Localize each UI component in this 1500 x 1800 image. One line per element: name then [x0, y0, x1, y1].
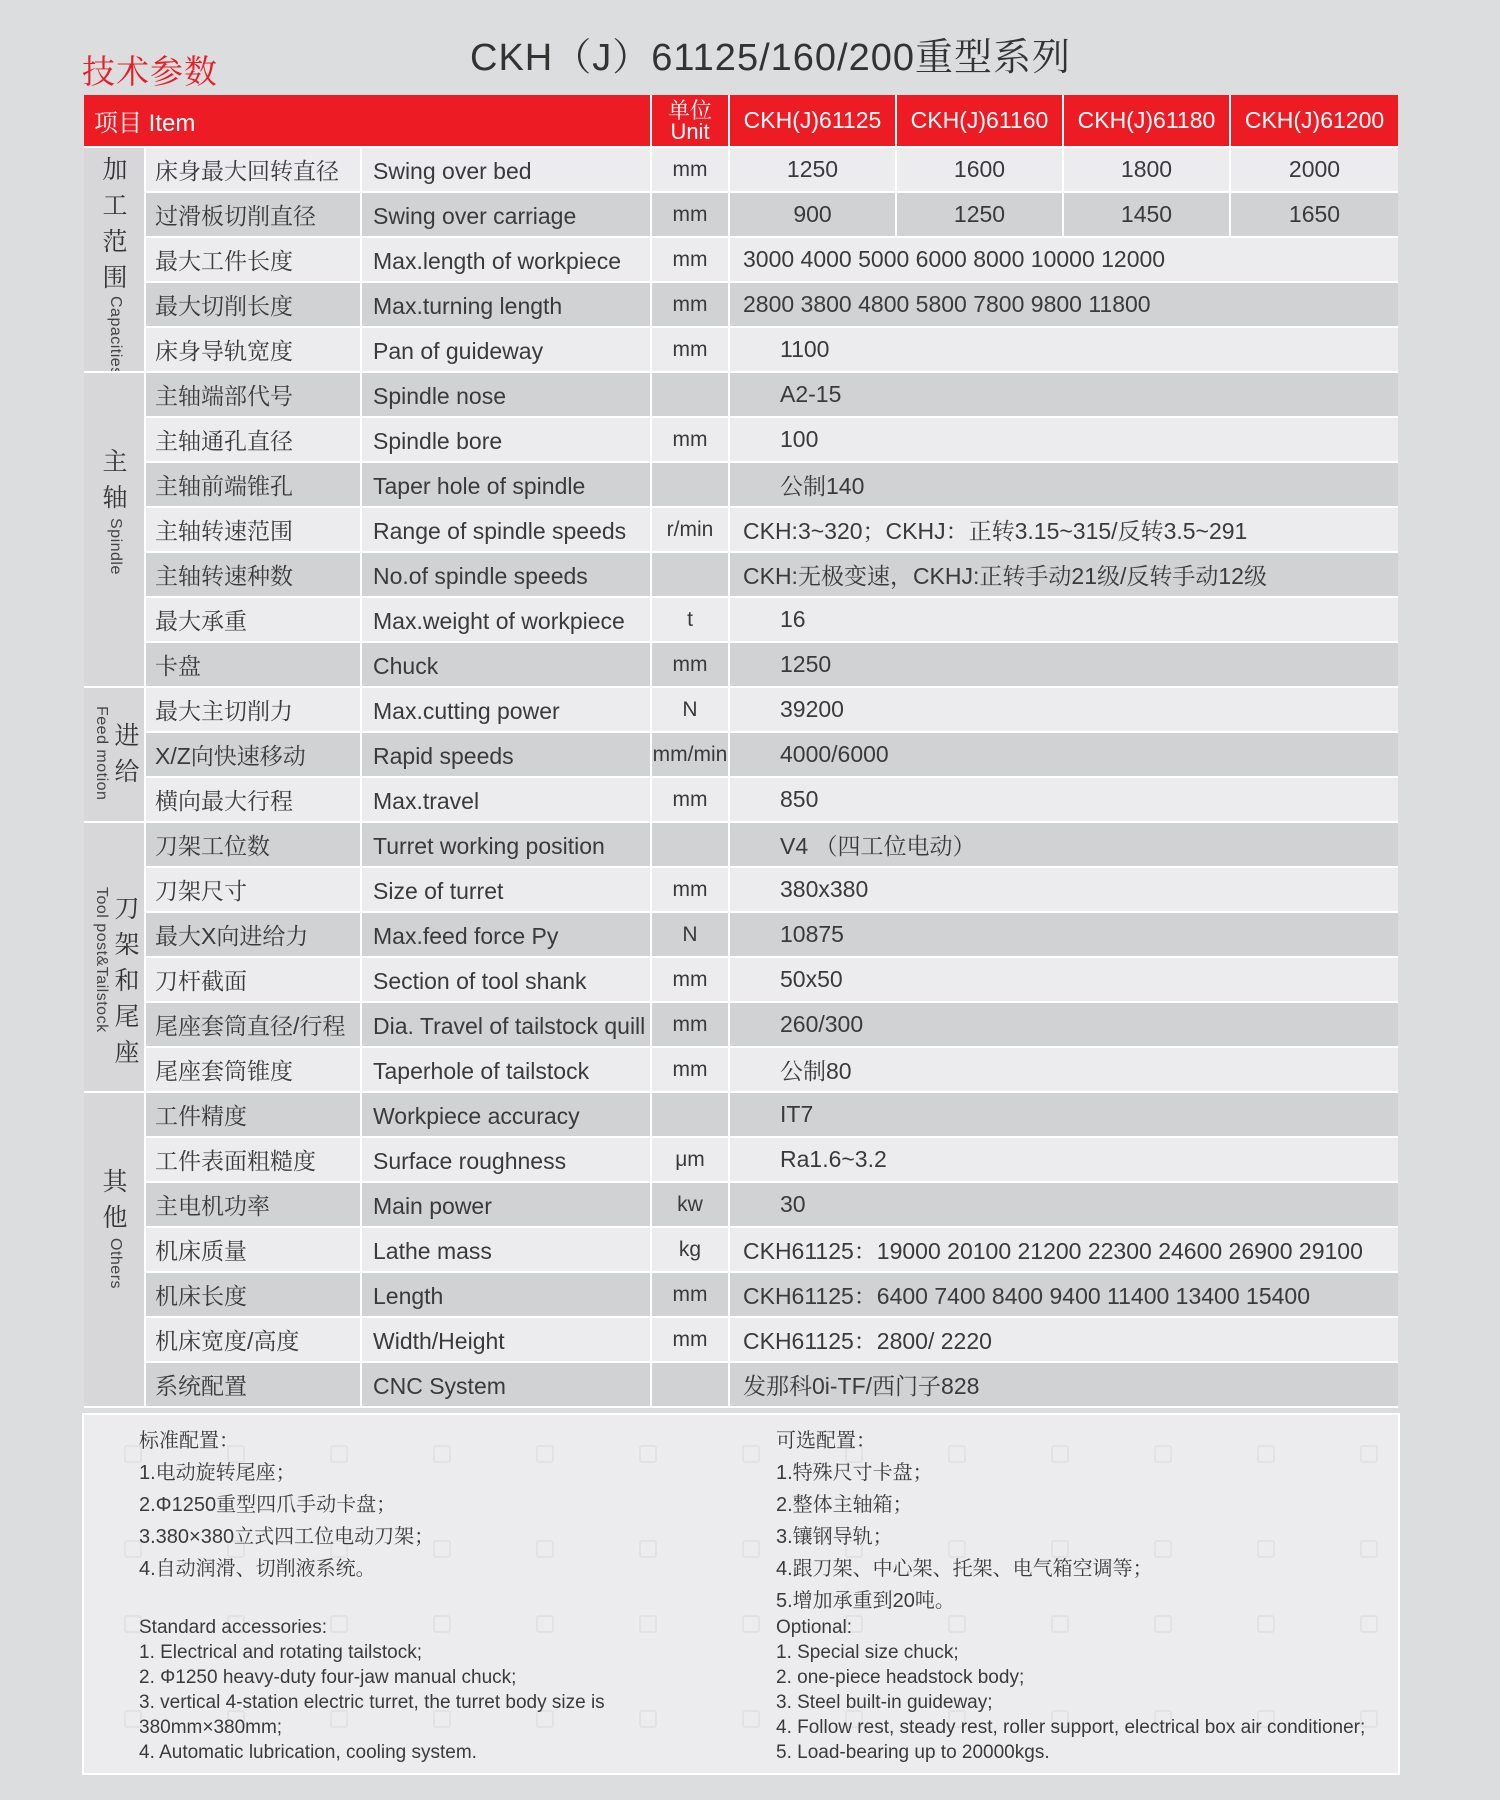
param-value: 1250 [730, 643, 1398, 686]
watermark-icon [639, 1615, 657, 1633]
param-unit: t [652, 598, 730, 641]
group-label: 其他Others [84, 1093, 146, 1406]
param-unit [652, 1093, 730, 1136]
param-name-cn: 尾座套筒锥度 [146, 1048, 362, 1091]
param-value: 260/300 [730, 1003, 1398, 1046]
param-name-en: Length [362, 1273, 652, 1316]
table-row: 横向最大行程Max.travelmm850 [146, 778, 1398, 821]
watermark-icon [536, 1445, 554, 1463]
table-row: 尾座套筒直径/行程Dia. Travel of tailstock quillm… [146, 1003, 1398, 1048]
param-name-en: Max.travel [362, 778, 652, 821]
watermark-icon [742, 1710, 760, 1728]
param-name-en: Size of turret [362, 868, 652, 911]
header-model: CKH(J)61180 [1064, 95, 1231, 146]
param-unit: mm [652, 193, 730, 236]
group-label: 刀架和尾座Tool post&Tailstock [84, 823, 146, 1091]
param-name-en: Turret working position [362, 823, 652, 866]
table-row: 床身导轨宽度Pan of guidewaymm1100 [146, 328, 1398, 371]
param-name-cn: X/Z向快速移动 [146, 733, 362, 776]
table-row: 刀架尺寸Size of turretmm380x380 [146, 868, 1398, 913]
param-unit: N [652, 688, 730, 731]
param-unit: mm [652, 643, 730, 686]
param-unit: N [652, 913, 730, 956]
group-tool-post-tailstock: 刀架和尾座Tool post&Tailstock刀架工位数Turret work… [84, 823, 1398, 1093]
table-row: 工件精度Workpiece accuracyIT7 [146, 1093, 1398, 1138]
param-value: V4 （四工位电动） [730, 823, 1398, 866]
param-name-en: Dia. Travel of tailstock quill [362, 1003, 652, 1046]
standard-config-en: Standard accessories:1. Electrical and r… [139, 1615, 605, 1765]
spec-table: 项目 Item 单位 Unit CKH(J)61125 CKH(J)61160 … [84, 95, 1398, 1408]
header-unit-cn: 单位 [668, 100, 712, 121]
note-line: 可选配置： [776, 1425, 1153, 1457]
table-row: 主轴转速范围Range of spindle speedsr/minCKH:3~… [146, 508, 1398, 553]
table-row: 主轴转速种数No.of spindle speedsCKH:无极变速，CKHJ:… [146, 553, 1398, 598]
param-value: 30 [730, 1183, 1398, 1226]
watermark-icon [1257, 1445, 1275, 1463]
table-row: 尾座套筒锥度Taperhole of tailstockmm公制80 [146, 1048, 1398, 1091]
group-label-en: Feed motion [92, 706, 110, 800]
param-unit: μm [652, 1138, 730, 1181]
header-model: CKH(J)61125 [730, 95, 897, 146]
param-name-cn: 机床长度 [146, 1273, 362, 1316]
header-model: CKH(J)61160 [897, 95, 1064, 146]
param-name-cn: 工件表面粗糙度 [146, 1138, 362, 1181]
param-name-cn: 主轴通孔直径 [146, 418, 362, 461]
table-row: 过滑板切削直径Swing over carriagemm900125014501… [146, 193, 1398, 238]
param-value: A2-15 [730, 373, 1398, 416]
param-value: CKH:无极变速，CKHJ:正转手动21级/反转手动12级 [730, 553, 1398, 596]
param-value: 1450 [1064, 193, 1231, 236]
group-spindle: 主轴Spindle主轴端部代号Spindle noseA2-15主轴通孔直径Sp… [84, 373, 1398, 688]
param-name-cn: 刀架工位数 [146, 823, 362, 866]
watermark-icon [433, 1445, 451, 1463]
param-name-en: Max.weight of workpiece [362, 598, 652, 641]
optional-config-en: Optional:1. Special size chuck;2. one-pi… [776, 1615, 1365, 1765]
param-value: 1600 [897, 148, 1064, 191]
watermark-icon [1360, 1445, 1378, 1463]
param-name-cn: 机床宽度/高度 [146, 1318, 362, 1361]
param-unit [652, 463, 730, 506]
note-line: 标准配置： [139, 1425, 434, 1457]
param-name-cn: 最大X向进给力 [146, 913, 362, 956]
param-value: CKH61125：6400 7400 8400 9400 11400 13400… [730, 1273, 1398, 1316]
param-name-en: Chuck [362, 643, 652, 686]
param-unit: mm [652, 958, 730, 1001]
note-line: 4.跟刀架、中心架、托架、电气箱空调等； [776, 1553, 1153, 1585]
header-item: 项目 Item [84, 95, 652, 146]
table-row: 最大工件长度Max.length of workpiecemm3000 4000… [146, 238, 1398, 283]
table-row: 床身最大回转直径Swing over bedmm1250160018002000 [146, 148, 1398, 193]
table-row: 最大承重Max.weight of workpiecet16 [146, 598, 1398, 643]
param-unit: mm [652, 778, 730, 821]
watermark-icon [742, 1445, 760, 1463]
table-row: 最大主切削力Max.cutting powerN39200 [146, 688, 1398, 733]
table-row: 刀杆截面Section of tool shankmm50x50 [146, 958, 1398, 1003]
param-name-en: Max.turning length [362, 283, 652, 326]
param-unit: r/min [652, 508, 730, 551]
group-label-en: Others [106, 1238, 124, 1289]
param-unit [652, 823, 730, 866]
param-value: 1250 [897, 193, 1064, 236]
watermark-icon [742, 1615, 760, 1633]
param-unit [652, 553, 730, 596]
param-name-cn: 刀杆截面 [146, 958, 362, 1001]
watermark-icon [639, 1540, 657, 1558]
watermark-icon [639, 1710, 657, 1728]
param-name-cn: 床身导轨宽度 [146, 328, 362, 371]
group-label: 加工范围Capacities [84, 148, 146, 371]
page-title: CKH（J）61125/160/200重型系列 [470, 26, 1071, 81]
param-value: CKH61125：2800/ 2220 [730, 1318, 1398, 1361]
param-value: 公制140 [730, 463, 1398, 506]
group-label-cn: 进给 [114, 718, 140, 790]
param-name-cn: 主轴端部代号 [146, 373, 362, 416]
group-label-en: Capacities [106, 296, 124, 371]
param-name-en: Spindle bore [362, 418, 652, 461]
note-line: 4. Automatic lubrication, cooling system… [139, 1740, 605, 1765]
param-value: 1250 [730, 148, 897, 191]
group-label-en: Spindle [106, 518, 124, 575]
table-header: 项目 Item 单位 Unit CKH(J)61125 CKH(J)61160 … [84, 95, 1398, 148]
group-label: 进给Feed motion [84, 688, 146, 821]
note-line: 4.自动润滑、切削液系统。 [139, 1553, 434, 1585]
param-name-cn: 最大切削长度 [146, 283, 362, 326]
param-name-en: Workpiece accuracy [362, 1093, 652, 1136]
param-name-en: Main power [362, 1183, 652, 1226]
param-value: CKH61125：19000 20100 21200 22300 24600 2… [730, 1228, 1398, 1271]
param-value: 发那科0i-TF/西门子828 [730, 1363, 1398, 1406]
param-name-cn: 最大工件长度 [146, 238, 362, 281]
table-row: 最大切削长度Max.turning lengthmm2800 3800 4800… [146, 283, 1398, 328]
note-line: 2.整体主轴箱； [776, 1489, 1153, 1521]
table-row: 卡盘Chuckmm1250 [146, 643, 1398, 686]
note-line: 2. one-piece headstock body; [776, 1665, 1365, 1690]
group-label-cn: 其他 [102, 1164, 128, 1236]
param-unit: mm [652, 418, 730, 461]
note-line: 1. Electrical and rotating tailstock; [139, 1640, 605, 1665]
param-unit: mm [652, 1273, 730, 1316]
param-value: 1100 [730, 328, 1398, 371]
note-line: 2. Φ1250 heavy-duty four-jaw manual chuc… [139, 1665, 605, 1690]
watermark-icon [433, 1540, 451, 1558]
param-name-en: Lathe mass [362, 1228, 652, 1271]
param-name-cn: 横向最大行程 [146, 778, 362, 821]
group-label: 主轴Spindle [84, 373, 146, 686]
param-unit [652, 1363, 730, 1406]
note-line: 3.380×380立式四工位电动刀架； [139, 1521, 434, 1553]
param-unit: mm [652, 283, 730, 326]
param-value: Ra1.6~3.2 [730, 1138, 1398, 1181]
group-feed-motion: 进给Feed motion最大主切削力Max.cutting powerN392… [84, 688, 1398, 823]
param-value: 16 [730, 598, 1398, 641]
param-name-en: Swing over bed [362, 148, 652, 191]
param-unit: mm [652, 1318, 730, 1361]
param-value: 3000 4000 5000 6000 8000 10000 12000 [730, 238, 1398, 281]
param-value: 2000 [1231, 148, 1398, 191]
param-value: 公制80 [730, 1048, 1398, 1091]
param-name-en: Max.cutting power [362, 688, 652, 731]
param-unit: kg [652, 1228, 730, 1271]
header-unit-en: Unit [670, 121, 709, 142]
param-unit: mm [652, 148, 730, 191]
table-row: 主轴端部代号Spindle noseA2-15 [146, 373, 1398, 418]
note-line: 5.增加承重到20吨。 [776, 1585, 1153, 1617]
param-name-cn: 主轴转速种数 [146, 553, 362, 596]
param-name-cn: 最大承重 [146, 598, 362, 641]
note-line: 1.电动旋转尾座； [139, 1457, 434, 1489]
param-value: 10875 [730, 913, 1398, 956]
param-unit: mm [652, 328, 730, 371]
param-name-en: Width/Height [362, 1318, 652, 1361]
param-value: 380x380 [730, 868, 1398, 911]
watermark-icon [742, 1540, 760, 1558]
watermark-icon [536, 1540, 554, 1558]
param-name-en: Swing over carriage [362, 193, 652, 236]
group-label-cn: 主轴 [102, 444, 128, 516]
param-name-en: Section of tool shank [362, 958, 652, 1001]
note-line: 2.Φ1250重型四爪手动卡盘； [139, 1489, 434, 1521]
note-line: 3. vertical 4-station electric turret, t… [139, 1690, 605, 1715]
param-name-en: Taper hole of spindle [362, 463, 652, 506]
param-name-cn: 刀架尺寸 [146, 868, 362, 911]
param-unit: kw [652, 1183, 730, 1226]
param-unit [652, 373, 730, 416]
param-value: 900 [730, 193, 897, 236]
param-name-en: Spindle nose [362, 373, 652, 416]
table-row: 主轴通孔直径Spindle boremm100 [146, 418, 1398, 463]
header-model: CKH(J)61200 [1231, 95, 1398, 146]
param-name-cn: 系统配置 [146, 1363, 362, 1406]
param-value: IT7 [730, 1093, 1398, 1136]
param-unit: mm [652, 1048, 730, 1091]
param-name-en: No.of spindle speeds [362, 553, 652, 596]
param-name-en: Surface roughness [362, 1138, 652, 1181]
param-name-cn: 床身最大回转直径 [146, 148, 362, 191]
header-unit: 单位 Unit [652, 95, 730, 146]
table-row: 最大X向进给力Max.feed force PyN10875 [146, 913, 1398, 958]
watermark-icon [1154, 1445, 1172, 1463]
note-line: 1.特殊尺寸卡盘； [776, 1457, 1153, 1489]
param-name-cn: 过滑板切削直径 [146, 193, 362, 236]
table-body: 加工范围Capacities床身最大回转直径Swing over bedmm12… [84, 148, 1398, 1408]
watermark-icon [639, 1445, 657, 1463]
param-value: 50x50 [730, 958, 1398, 1001]
param-name-en: Max.feed force Py [362, 913, 652, 956]
note-line: 380mm×380mm; [139, 1715, 605, 1740]
watermark-icon [1154, 1540, 1172, 1558]
table-row: 系统配置CNC System发那科0i-TF/西门子828 [146, 1363, 1398, 1406]
param-name-cn: 最大主切削力 [146, 688, 362, 731]
group-label-cn: 刀架和尾座 [114, 891, 140, 1071]
table-row: X/Z向快速移动Rapid speedsmm/min4000/6000 [146, 733, 1398, 778]
param-unit: mm/min [652, 733, 730, 776]
param-value: 2800 3800 4800 5800 7800 9800 11800 [730, 283, 1398, 326]
group-label-en: Tool post&Tailstock [92, 887, 110, 1033]
param-name-cn: 工件精度 [146, 1093, 362, 1136]
table-row: 机床长度LengthmmCKH61125：6400 7400 8400 9400… [146, 1273, 1398, 1318]
param-name-en: Rapid speeds [362, 733, 652, 776]
param-name-cn: 主电机功率 [146, 1183, 362, 1226]
note-line: 3.镶钢导轨； [776, 1521, 1153, 1553]
param-name-en: Taperhole of tailstock [362, 1048, 652, 1091]
param-value: 1800 [1064, 148, 1231, 191]
table-row: 工件表面粗糙度Surface roughnessμmRa1.6~3.2 [146, 1138, 1398, 1183]
section-label: 技术参数 [82, 46, 218, 93]
table-row: 刀架工位数Turret working positionV4 （四工位电动） [146, 823, 1398, 868]
param-name-cn: 主轴前端锥孔 [146, 463, 362, 506]
param-value: CKH:3~320；CKHJ：正转3.15~315/反转3.5~291 [730, 508, 1398, 551]
accessories-panel: 标准配置：1.电动旋转尾座；2.Φ1250重型四爪手动卡盘；3.380×380立… [82, 1413, 1400, 1775]
param-unit: mm [652, 1003, 730, 1046]
param-name-cn: 机床质量 [146, 1228, 362, 1271]
param-unit: mm [652, 238, 730, 281]
note-line: 5. Load-bearing up to 20000kgs. [776, 1740, 1365, 1765]
note-line: Standard accessories: [139, 1615, 605, 1640]
group-others: 其他Others工件精度Workpiece accuracyIT7工件表面粗糙度… [84, 1093, 1398, 1408]
param-value: 4000/6000 [730, 733, 1398, 776]
param-name-en: CNC System [362, 1363, 652, 1406]
standard-config-cn: 标准配置：1.电动旋转尾座；2.Φ1250重型四爪手动卡盘；3.380×380立… [139, 1425, 434, 1585]
param-value: 39200 [730, 688, 1398, 731]
param-name-cn: 尾座套筒直径/行程 [146, 1003, 362, 1046]
param-value: 1650 [1231, 193, 1398, 236]
note-line: 4. Follow rest, steady rest, roller supp… [776, 1715, 1365, 1740]
param-name-en: Pan of guideway [362, 328, 652, 371]
table-row: 机床质量Lathe masskgCKH61125：19000 20100 212… [146, 1228, 1398, 1273]
param-unit: mm [652, 868, 730, 911]
optional-config-cn: 可选配置：1.特殊尺寸卡盘；2.整体主轴箱；3.镶钢导轨；4.跟刀架、中心架、托… [776, 1425, 1153, 1617]
note-line: 1. Special size chuck; [776, 1640, 1365, 1665]
note-line: 3. Steel built-in guideway; [776, 1690, 1365, 1715]
param-name-cn: 卡盘 [146, 643, 362, 686]
group-label-cn: 加工范围 [102, 152, 128, 296]
table-row: 机床宽度/高度Width/HeightmmCKH61125：2800/ 2220 [146, 1318, 1398, 1363]
param-name-en: Max.length of workpiece [362, 238, 652, 281]
param-name-cn: 主轴转速范围 [146, 508, 362, 551]
group-capacities: 加工范围Capacities床身最大回转直径Swing over bedmm12… [84, 148, 1398, 373]
table-row: 主电机功率Main powerkw30 [146, 1183, 1398, 1228]
param-value: 100 [730, 418, 1398, 461]
watermark-icon [1360, 1540, 1378, 1558]
param-value: 850 [730, 778, 1398, 821]
table-row: 主轴前端锥孔Taper hole of spindle公制140 [146, 463, 1398, 508]
note-line: Optional: [776, 1615, 1365, 1640]
param-name-en: Range of spindle speeds [362, 508, 652, 551]
watermark-icon [1257, 1540, 1275, 1558]
